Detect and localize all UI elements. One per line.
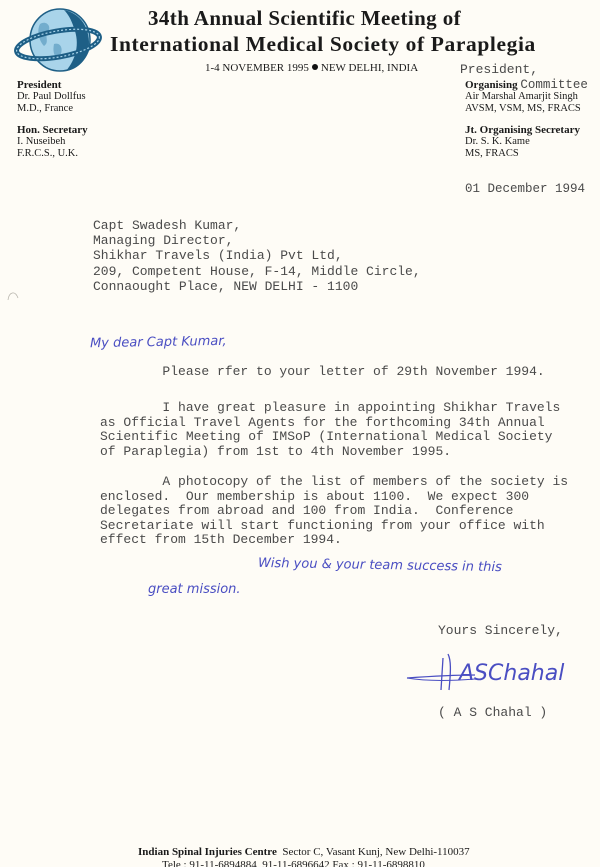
left-officers: President Dr. Paul Dollfus M.D., France … — [17, 79, 88, 160]
officer-role: President — [17, 79, 88, 91]
footer-org: Indian Spinal Injuries Centre — [138, 846, 277, 858]
letter-date: 01 December 1994 — [465, 182, 585, 196]
handwritten-note-line1: Wish you & your team success in this — [258, 556, 502, 575]
recipient-address: Capt Swadesh Kumar, Managing Director, S… — [93, 218, 421, 294]
letterhead-title-line2: International Medical Society of Paraple… — [110, 32, 536, 57]
officer-name: Air Marshal Amarjit Singh — [465, 91, 588, 103]
officer-credentials: AVSM, VSM, MS, FRACS — [465, 103, 588, 115]
letterhead-title-line1: 34th Annual Scientific Meeting of — [148, 6, 461, 31]
meeting-location: NEW DELHI, INDIA — [321, 62, 418, 74]
svg-text:ASChahal: ASChahal — [457, 661, 564, 686]
signatory-name: ( A S Chahal ) — [438, 705, 547, 720]
officer-role: Jt. Organising Secretary — [465, 124, 588, 136]
handwritten-salutation: My dear Capt Kumar, — [90, 334, 227, 351]
meeting-dates: 1-4 NOVEMBER 1995 — [205, 62, 309, 74]
letter-paragraph-3: A photocopy of the list of members of th… — [100, 475, 568, 548]
meeting-dates-location: 1-4 NOVEMBER 1995NEW DELHI, INDIA — [205, 62, 418, 74]
officer-role: Organising Committee — [465, 79, 588, 91]
globe-with-ring-icon — [14, 4, 102, 74]
officer-name: Dr. Paul Dollfus — [17, 91, 88, 103]
bullet-icon — [312, 64, 318, 70]
typed-president-overlay: President, — [460, 62, 538, 77]
officer-name: I. Nuseibeh — [17, 136, 88, 148]
letter-closing: Yours Sincerely, — [438, 623, 563, 638]
paper-crease-mark — [6, 286, 20, 304]
footer-address: Indian Spinal Injuries Centre Sector C, … — [138, 846, 470, 858]
officer-credentials: M.D., France — [17, 103, 88, 115]
letter-paragraph-2: I have great pleasure in appointing Shik… — [100, 401, 560, 459]
right-officers: Organising Committee Air Marshal Amarjit… — [465, 79, 588, 160]
officer-name: Dr. S. K. Kame — [465, 136, 588, 148]
handwritten-note-line2: great mission. — [148, 582, 241, 597]
signature: ASChahal — [405, 650, 590, 695]
footer-contacts: Tele : 91-11-6894884, 91-11-6896642 Fax … — [162, 859, 425, 867]
officer-role: Hon. Secretary — [17, 124, 88, 136]
footer-street: Sector C, Vasant Kunj, New Delhi-110037 — [282, 846, 469, 858]
officer-credentials: MS, FRACS — [465, 148, 588, 160]
letter-paragraph-1: Please rfer to your letter of 29th Novem… — [100, 365, 545, 380]
officer-credentials: F.R.C.S., U.K. — [17, 148, 88, 160]
